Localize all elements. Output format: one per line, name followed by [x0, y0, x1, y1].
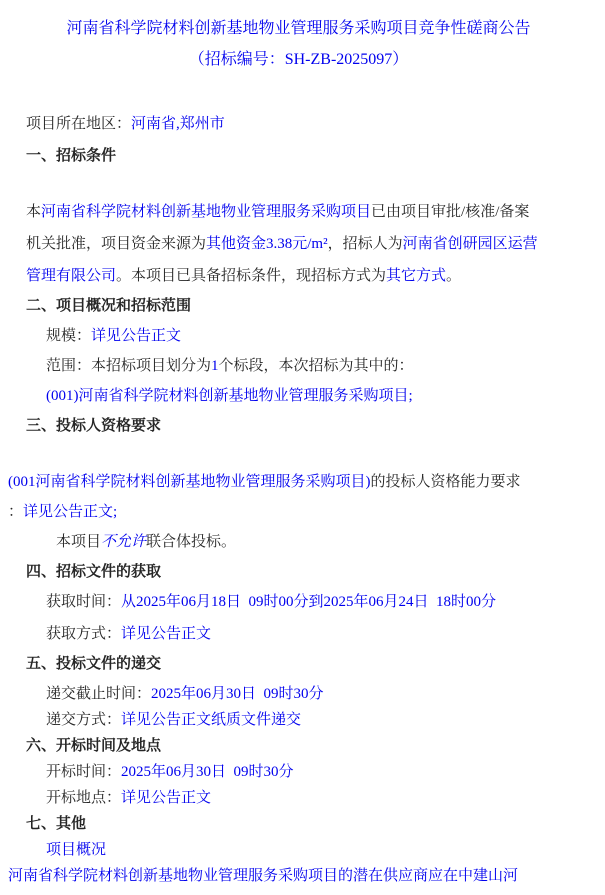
text-segment: 五、投标文件的递交	[26, 656, 161, 672]
text-segment: 七、其他	[26, 816, 86, 832]
text-segment: 河南省创研园区运营	[403, 236, 538, 252]
qualification-line-2: ：详见公告正文;	[8, 502, 591, 523]
section-5-heading: 五、投标文件的递交	[26, 654, 591, 675]
text-segment: 规模：	[46, 328, 91, 344]
text-segment: 从2025年06月18日 09时00分到2025年06月24日 18时00分	[121, 594, 496, 610]
section-3-heading: 三、投标人资格要求	[26, 416, 591, 437]
text-segment: 。	[446, 268, 461, 284]
lot-line: (001)河南省科学院材料创新基地物业管理服务采购项目;	[46, 386, 591, 407]
text-segment: 详见公告正文;	[23, 504, 117, 520]
text-segment: 四、招标文件的获取	[26, 564, 161, 580]
text-segment: 详见公告正文	[121, 790, 211, 806]
text-segment: 个标段，本次招标为其中的：	[219, 358, 414, 374]
text-segment: 一、招标条件	[26, 148, 116, 164]
announcement-page: 河南省科学院材料创新基地物业管理服务采购项目竞争性磋商公告 （招标编号：SH-Z…	[0, 0, 605, 895]
qualification-line-1: (001河南省科学院材料创新基地物业管理服务采购项目)的投标人资格能力要求	[8, 472, 591, 493]
text-segment: 2025年06月30日 09时30分	[151, 686, 324, 702]
text-segment: 河南省,郑州市	[131, 116, 225, 132]
text-segment: ：	[8, 504, 23, 520]
tender-conditions-line-3: 管理有限公司。本项目已具备招标条件，现招标方式为其它方式。	[26, 266, 591, 287]
text-segment: 递交方式：	[46, 712, 121, 728]
project-overview-line: 项目概况	[46, 840, 591, 861]
text-segment: 已由项目审批/核准/备案	[371, 204, 529, 220]
announcement-title: 河南省科学院材料创新基地物业管理服务采购项目竞争性磋商公告	[6, 18, 591, 39]
scope-line: 范围：本招标项目划分为1个标段，本次招标为其中的：	[46, 356, 591, 377]
text-segment: 详见公告正文	[121, 626, 211, 642]
text-segment: 不允许	[101, 534, 146, 550]
tender-number: （招标编号：SH-ZB-2025097）	[6, 49, 591, 70]
text-segment: 其它方式	[386, 268, 446, 284]
text-segment: ，招标人为	[328, 236, 403, 252]
obtain-time-line: 获取时间：从2025年06月18日 09时00分到2025年06月24日 18时…	[46, 592, 591, 613]
consortium-line: 本项目不允许联合体投标。	[56, 532, 591, 553]
text-segment: 项目概况	[46, 842, 106, 858]
text-segment: 范围：本招标项目划分为	[46, 358, 211, 374]
text-segment: 三、投标人资格要求	[26, 418, 161, 434]
text-segment: 六、开标时间及地点	[26, 738, 161, 754]
obtain-method-line: 获取方式：详见公告正文	[46, 624, 591, 645]
text-segment: 本	[26, 204, 41, 220]
section-4-heading: 四、招标文件的获取	[26, 562, 591, 583]
opening-time-line: 开标时间：2025年06月30日 09时30分	[46, 762, 591, 783]
text-segment: 详见公告正文	[91, 328, 181, 344]
submission-method-line: 递交方式：详见公告正文纸质文件递交	[46, 710, 591, 731]
text-segment: 获取方式：	[46, 626, 121, 642]
text-segment: 河南省科学院材料创新基地物业管理服务采购项目的潜在供应商应在中建山河	[8, 868, 518, 884]
section-2-heading: 二、项目概况和招标范围	[26, 296, 591, 317]
text-segment: 管理有限公司	[26, 268, 116, 284]
text-segment: 机关批准，项目资金来源为	[26, 236, 206, 252]
text-segment: 河南省科学院材料创新基地物业管理服务采购项目	[41, 204, 371, 220]
text-segment: 1	[211, 358, 219, 374]
document-lines: 项目所在地区：河南省,郑州市一、招标条件本河南省科学院材料创新基地物业管理服务采…	[6, 114, 591, 887]
text-segment: 项目所在地区：	[26, 116, 131, 132]
section-6-heading: 六、开标时间及地点	[26, 736, 591, 757]
text-segment: 其他资金3.38元/m²	[206, 236, 328, 252]
text-segment: 开标地点：	[46, 790, 121, 806]
text-segment: 二、项目概况和招标范围	[26, 298, 191, 314]
text-segment: 的投标人资格能力要求	[371, 474, 521, 490]
text-segment: 2025年06月30日 09时30分	[121, 764, 294, 780]
text-segment: 详见公告正文纸质文件递交	[121, 712, 301, 728]
tender-conditions-line-2: 机关批准，项目资金来源为其他资金3.38元/m²，招标人为河南省创研园区运营	[26, 234, 591, 255]
text-segment: 开标时间：	[46, 764, 121, 780]
text-segment: (001)河南省科学院材料创新基地物业管理服务采购项目;	[46, 388, 413, 404]
text-segment: 获取时间：	[46, 594, 121, 610]
text-segment: 本项目	[56, 534, 101, 550]
text-segment: 。本项目已具备招标条件，现招标方式为	[116, 268, 386, 284]
opening-place-line: 开标地点：详见公告正文	[46, 788, 591, 809]
section-1-heading: 一、招标条件	[26, 146, 591, 167]
text-segment: 递交截止时间：	[46, 686, 151, 702]
project-location-line: 项目所在地区：河南省,郑州市	[26, 114, 591, 135]
section-7-heading: 七、其他	[26, 814, 591, 835]
text-segment: (001河南省科学院材料创新基地物业管理服务采购项目)	[8, 474, 371, 490]
tender-conditions-line-1: 本河南省科学院材料创新基地物业管理服务采购项目已由项目审批/核准/备案	[26, 202, 591, 223]
scale-line: 规模：详见公告正文	[46, 326, 591, 347]
submission-deadline-line: 递交截止时间：2025年06月30日 09时30分	[46, 684, 591, 705]
text-segment: 联合体投标。	[146, 534, 236, 550]
potential-supplier-line: 河南省科学院材料创新基地物业管理服务采购项目的潜在供应商应在中建山河	[8, 866, 591, 887]
